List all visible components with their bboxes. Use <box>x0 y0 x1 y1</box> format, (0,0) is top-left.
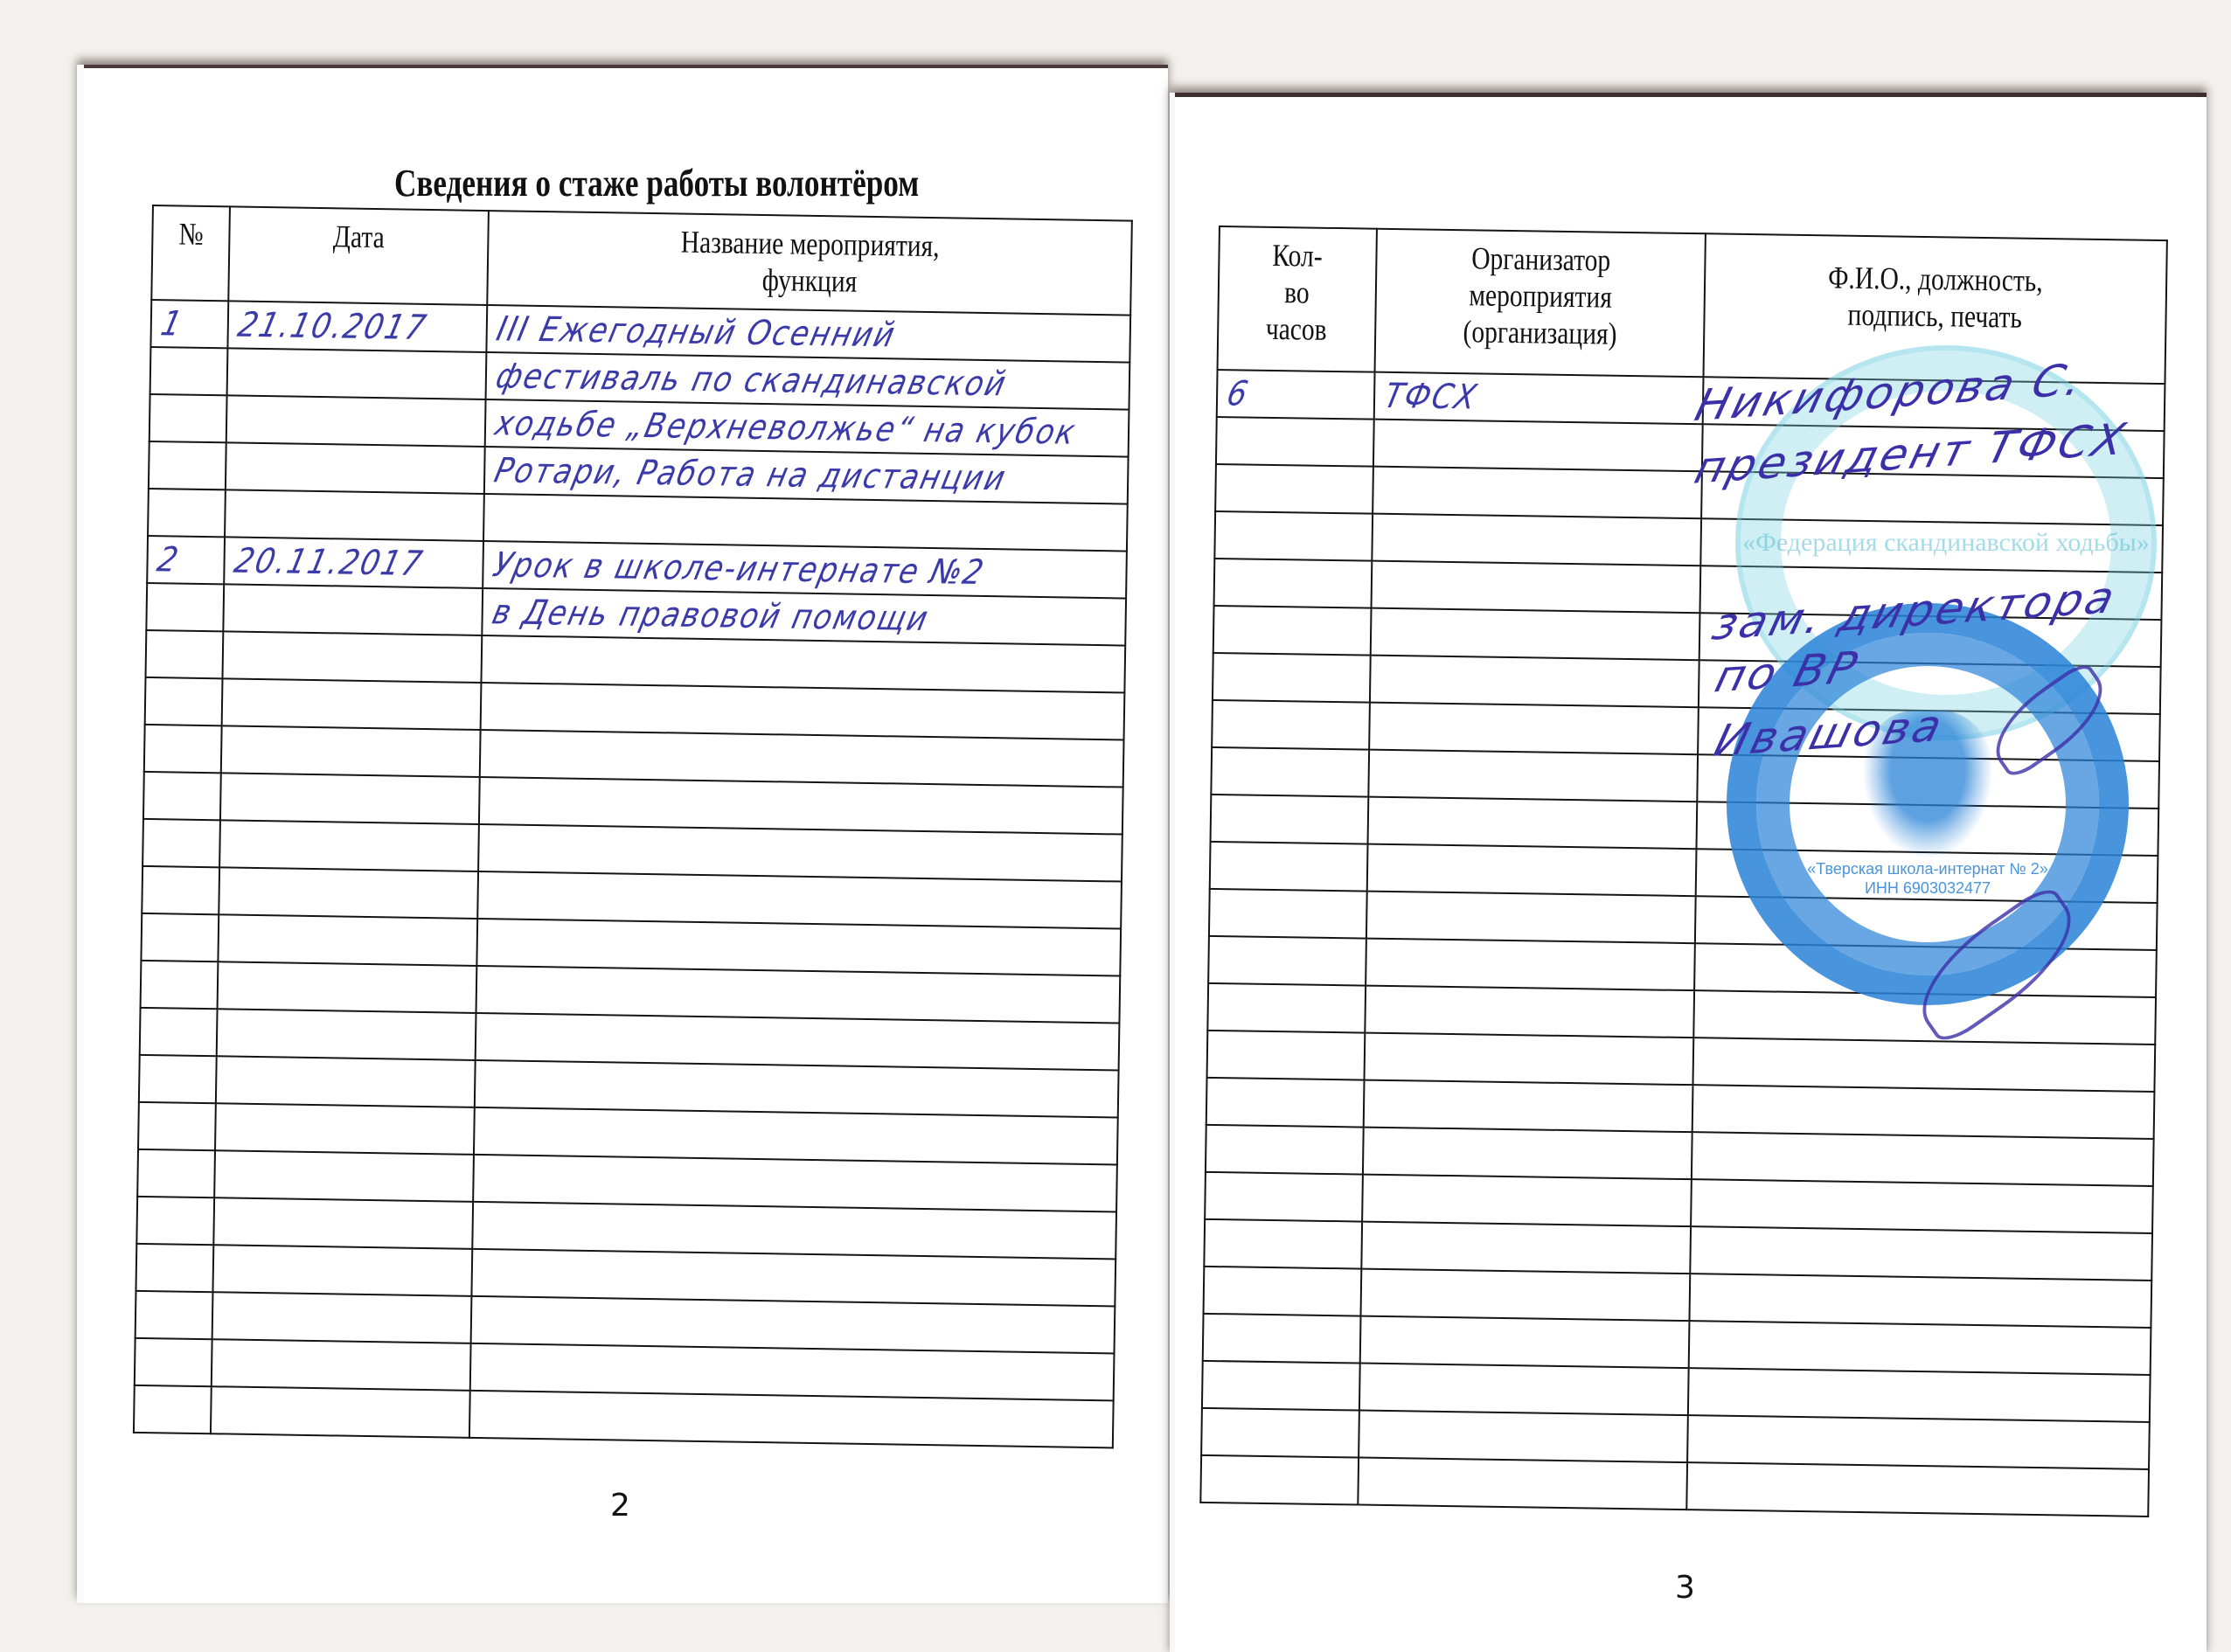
entry-number <box>149 394 227 442</box>
entry-event-text: фестиваль по скандинавской <box>482 351 1012 405</box>
stamp-text: «Федерация скандинавской ходьбы» <box>1742 528 2150 558</box>
entry-number: 2 <box>147 536 225 584</box>
entry-hours <box>1211 795 1369 844</box>
entry-hours <box>1213 653 1371 703</box>
entry-signatory <box>1688 1368 2151 1422</box>
entry-date <box>226 395 486 447</box>
entry-organizer <box>1360 1316 1690 1369</box>
header-hours: Кол- во часов <box>1218 226 1377 372</box>
entry-event-text: Ротари, Работа на дистанции <box>480 445 1011 499</box>
entry-organizer <box>1369 703 1699 755</box>
entry-number <box>141 913 219 961</box>
entry-date-text: 21.10.2017 <box>224 299 433 348</box>
entry-organizer <box>1368 750 1698 802</box>
entry-signatory <box>1687 1415 2150 1469</box>
entry-event <box>469 1391 1114 1448</box>
entry-date <box>218 914 477 966</box>
entry-number <box>144 725 222 773</box>
entry-date-text: 20.11.2017 <box>220 535 429 584</box>
entry-organizer <box>1372 514 1701 566</box>
entry-hours <box>1211 747 1369 797</box>
entry-event-text: III Ежегодный Осенний <box>483 303 901 356</box>
entry-event-text: в День правовой помощи <box>478 587 935 640</box>
entry-organizer <box>1367 844 1697 897</box>
entry-number <box>137 1149 215 1197</box>
entry-signatory <box>1690 1226 2152 1281</box>
entry-hours <box>1209 889 1367 939</box>
entry-signatory <box>1691 1179 2153 1233</box>
page-title: Сведения о стаже работы волонтёром <box>394 161 919 205</box>
entry-date <box>226 442 485 494</box>
entry-signatory <box>1692 1038 2155 1092</box>
left-page: Сведения о стаже работы волонтёром № Дат… <box>77 65 1168 1603</box>
entry-organizer <box>1364 1080 1693 1133</box>
entry-date <box>222 678 482 730</box>
entry-number <box>136 1197 214 1245</box>
entry-hours <box>1204 1267 1362 1316</box>
entry-organizer <box>1373 467 1702 519</box>
entry-number <box>149 441 226 489</box>
entry-hours <box>1214 511 1373 561</box>
entry-date <box>222 631 482 683</box>
stamp-text: «Тверская школа-интернат № 2» ИНН 690303… <box>1797 859 2059 898</box>
entry-hours <box>1214 559 1373 608</box>
entry-number <box>140 1008 218 1056</box>
entry-number <box>148 489 226 537</box>
volunteer-experience-table: № Дата Название мероприятия, функция 121… <box>133 205 1133 1448</box>
entry-number-text: 1 <box>147 298 189 344</box>
entry-hours <box>1200 1455 1359 1505</box>
entry-number <box>141 961 219 1009</box>
entry-number <box>146 583 224 631</box>
entry-hours <box>1204 1219 1362 1269</box>
entry-date <box>217 1009 476 1060</box>
entry-date: 20.11.2017 <box>224 537 483 588</box>
entry-organizer <box>1363 1128 1692 1180</box>
entry-organizer <box>1368 797 1698 850</box>
entry-date <box>212 1245 472 1296</box>
entry-hours <box>1202 1361 1360 1411</box>
entry-date <box>221 725 481 777</box>
entry-organizer <box>1366 892 1696 944</box>
entry-organizer <box>1358 1458 1687 1510</box>
entry-organizer <box>1372 561 1701 614</box>
entry-number <box>136 1291 213 1339</box>
entry-organizer <box>1365 1033 1694 1086</box>
entry-date <box>219 867 478 919</box>
entry-signatory <box>1692 1132 2154 1186</box>
entry-hours <box>1212 700 1370 750</box>
entry-date <box>216 1056 476 1107</box>
entry-organizer <box>1366 939 1695 991</box>
entry-number <box>138 1102 216 1150</box>
entry-date <box>214 1150 474 1202</box>
entry-organizer: ТФСХ <box>1374 372 1704 425</box>
entry-hours <box>1216 417 1374 467</box>
entry-organizer <box>1361 1222 1691 1274</box>
entry-signatory <box>1689 1321 2151 1375</box>
entry-number <box>143 772 221 820</box>
entry-hours <box>1213 606 1372 656</box>
entry-signatory <box>1686 1462 2149 1517</box>
entry-signatory <box>1689 1274 2151 1328</box>
entry-number <box>136 1244 213 1292</box>
entry-event-text: Урок в школе-интернате №2 <box>479 539 990 593</box>
entry-organizer <box>1371 608 1700 661</box>
entry-number <box>142 819 220 867</box>
header-date: Дата <box>228 206 489 305</box>
page-number: 3 <box>1675 1570 1695 1606</box>
entry-date <box>212 1292 472 1343</box>
entry-date <box>211 1386 470 1438</box>
entry-organizer <box>1365 986 1694 1038</box>
entry-number <box>139 1055 217 1103</box>
entry-organizer <box>1370 656 1699 708</box>
entry-date <box>223 584 483 635</box>
entry-date <box>218 961 477 1013</box>
entry-hours <box>1207 1031 1366 1080</box>
entry-hours: 6 <box>1217 370 1375 420</box>
entry-hours <box>1215 464 1373 514</box>
entry-date <box>212 1339 471 1391</box>
entry-number <box>134 1385 212 1433</box>
entry-event-text: ходьбе „Верхневолжье“ на кубок <box>481 398 1081 453</box>
header-event: Название мероприятия, функция <box>487 211 1132 316</box>
entry-date <box>213 1197 473 1249</box>
entry-hours <box>1201 1408 1359 1458</box>
entry-number <box>146 630 224 678</box>
entry-number-text: 2 <box>143 534 185 580</box>
entry-organizer-text: ТФСХ <box>1370 370 1483 417</box>
entry-number <box>142 866 219 914</box>
entry-hours <box>1206 1078 1365 1128</box>
entry-date <box>220 773 480 824</box>
entry-organizer <box>1362 1175 1692 1227</box>
entry-hours <box>1206 1125 1364 1175</box>
entry-organizer <box>1361 1269 1691 1322</box>
entry-organizer <box>1359 1364 1689 1416</box>
entry-number <box>145 677 223 725</box>
entry-signatory <box>1692 1085 2155 1139</box>
entry-organizer <box>1373 420 1703 472</box>
entry-number <box>135 1338 212 1386</box>
signature-line: по ВР <box>1710 642 1865 703</box>
entry-hours <box>1203 1314 1361 1364</box>
entry-date <box>225 489 484 541</box>
entry-date <box>219 820 479 871</box>
entry-hours <box>1208 936 1366 986</box>
entry-number: 1 <box>150 300 228 348</box>
page-number: 2 <box>610 1488 630 1524</box>
entry-organizer <box>1359 1411 1688 1463</box>
entry-date: 21.10.2017 <box>227 301 487 352</box>
header-number: № <box>151 205 230 301</box>
entry-hours-text: 6 <box>1213 368 1255 414</box>
entry-date <box>227 348 487 399</box>
entry-hours <box>1210 842 1368 892</box>
entry-hours <box>1205 1172 1363 1222</box>
entry-date <box>215 1103 475 1155</box>
header-organizer: Организатор мероприятия (организация) <box>1375 229 1706 378</box>
entry-hours <box>1207 983 1366 1033</box>
entry-number <box>150 347 228 395</box>
